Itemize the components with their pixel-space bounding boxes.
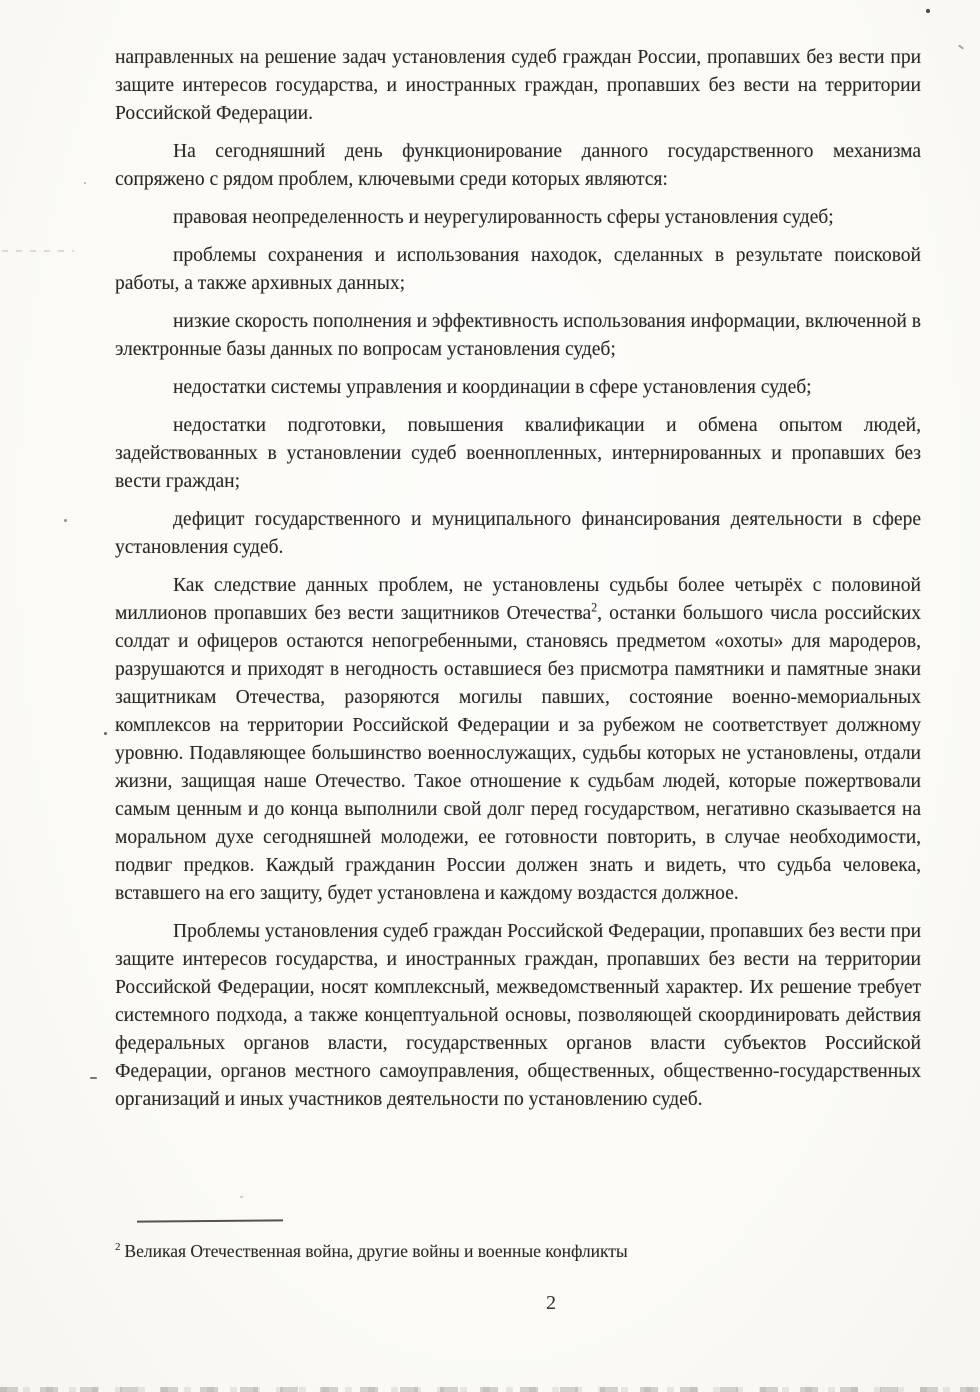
scan-speck-icon	[64, 519, 67, 522]
scan-noise-dashes	[2, 250, 74, 252]
problem-item-training: недостатки подготовки, повышения квалифи…	[115, 412, 921, 496]
problem-item-finds-preservation: проблемы сохранения и использования нахо…	[115, 242, 921, 298]
paragraph-continuation: направленных на решение задач установлен…	[115, 44, 921, 128]
scan-speck-icon	[90, 1077, 97, 1079]
consequence-text-after: , останки большого числа российских солд…	[115, 603, 921, 904]
document-body: направленных на решение задач установлен…	[115, 44, 921, 1114]
scan-speck-icon	[240, 1196, 243, 1198]
page-number: 2	[546, 1292, 556, 1315]
problem-item-database-speed: низкие скорость пополнения и эффективнос…	[115, 308, 921, 364]
scanned-document-page: направленных на решение задач установлен…	[0, 0, 980, 1392]
scan-speck-icon	[926, 9, 930, 13]
footnote-marker: 2	[115, 1241, 120, 1253]
problem-item-legal-uncertainty: правовая неопределенность и неурегулиров…	[115, 204, 921, 232]
scan-speck-icon	[958, 44, 964, 49]
scan-speck-icon	[84, 182, 86, 184]
scan-bottom-edge-noise	[0, 1387, 980, 1392]
paragraph-complex-character: Проблемы установления судеб граждан Росс…	[115, 918, 921, 1114]
scan-speck-icon	[104, 732, 107, 735]
paragraph-current-problems-intro: На сегодняшний день функционирование дан…	[115, 138, 921, 194]
footnote-label: Великая Отечественная война, другие войн…	[124, 1241, 627, 1261]
footnote-section: 2Великая Отечественная война, другие вой…	[115, 1220, 921, 1263]
footnote: 2Великая Отечественная война, другие вой…	[115, 1239, 921, 1263]
paragraph-consequences: Как следствие данных проблем, не установ…	[115, 572, 921, 908]
footnote-separator-line	[137, 1219, 283, 1222]
problem-item-management: недостатки системы управления и координа…	[115, 374, 921, 402]
problem-item-funding-deficit: дефицит государственного и муниципальног…	[115, 506, 921, 562]
